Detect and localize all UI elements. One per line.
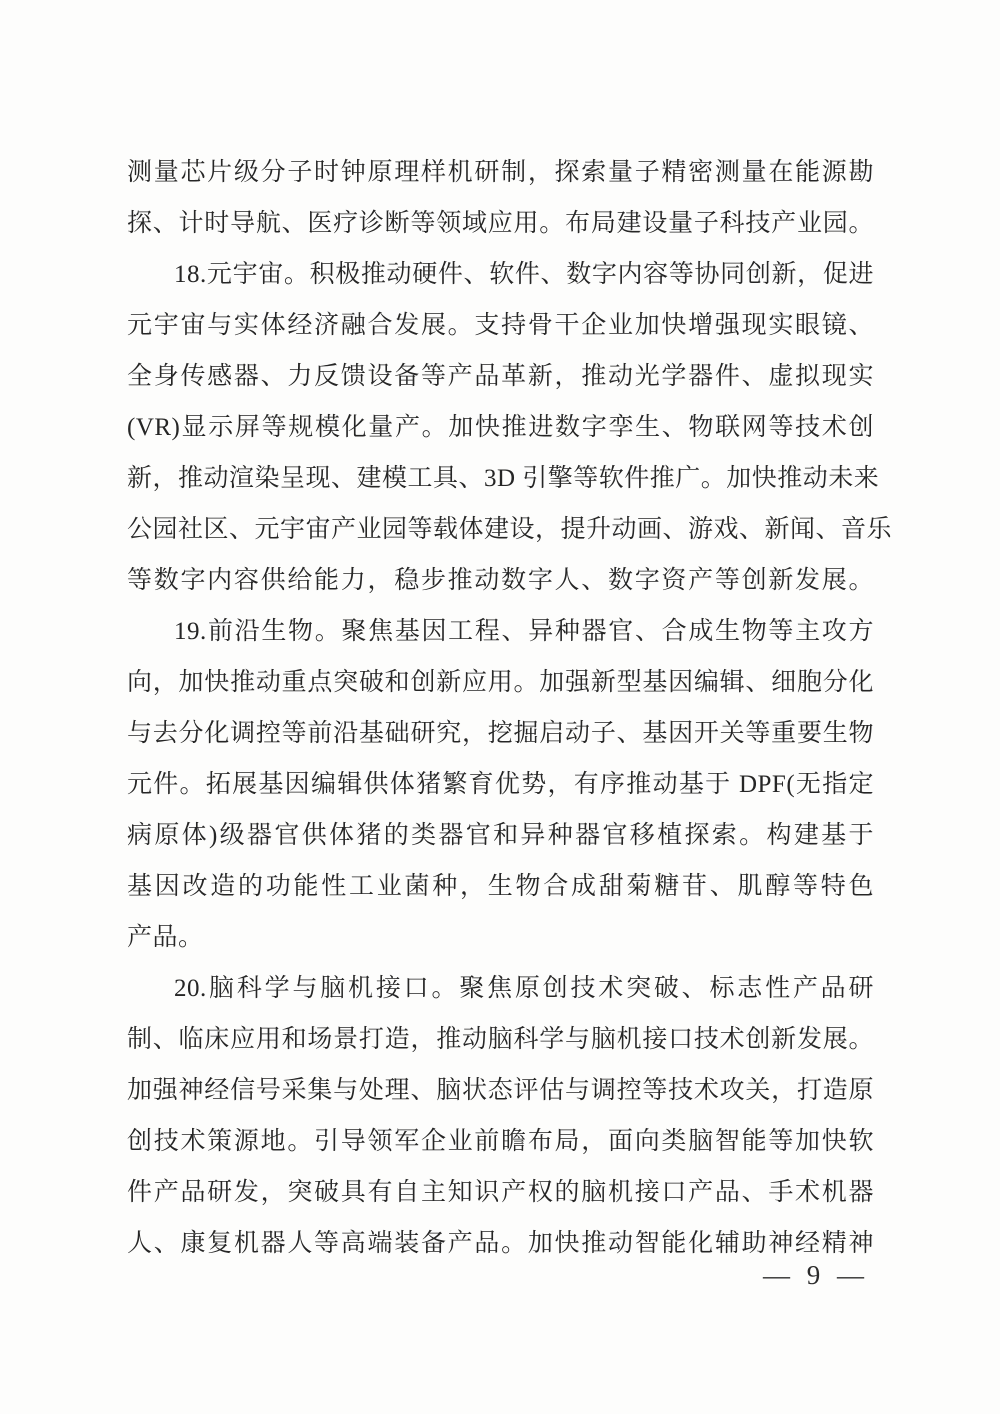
text-line: 元宇宙与实体经济融合发展。支持骨干企业加快增强现实眼镜、 [127, 300, 874, 351]
text-line: (VR)显示屏等规模化量产。加快推进数字孪生、物联网等技术创 [127, 402, 874, 453]
text-line: 新，推动渲染呈现、建模工具、3D 引擎等软件推广。加快推动未来 [127, 453, 874, 504]
text-line: 人、康复机器人等高端装备产品。加快推动智能化辅助神经精神 [127, 1218, 874, 1269]
paragraph-20-brain-science: 20.脑科学与脑机接口。聚焦原创技术突破、标志性产品研 制、临床应用和场景打造，… [127, 963, 874, 1269]
page-number: — 9 — [763, 1258, 864, 1292]
text-line: 创技术策源地。引导领军企业前瞻布局，面向类脑智能等加快软 [127, 1116, 874, 1167]
document-text-block: 测量芯片级分子时钟原理样机研制，探索量子精密测量在能源勘 探、计时导航、医疗诊断… [127, 147, 874, 1269]
text-line: 等数字内容供给能力，稳步推动数字人、数字资产等创新发展。 [127, 555, 874, 606]
text-line: 基因改造的功能性工业菌种，生物合成甜菊糖苷、肌醇等特色 [127, 861, 874, 912]
paragraph-18-metaverse: 18.元宇宙。积极推动硬件、软件、数字内容等协同创新，促进 元宇宙与实体经济融合… [127, 249, 874, 606]
text-line: 制、临床应用和场景打造，推动脑科学与脑机接口技术创新发展。 [127, 1014, 874, 1065]
document-page: 测量芯片级分子时钟原理样机研制，探索量子精密测量在能源勘 探、计时导航、医疗诊断… [0, 0, 1000, 1414]
text-line: 件产品研发，突破具有自主知识产权的脑机接口产品、手术机器 [127, 1167, 874, 1218]
text-line: 20.脑科学与脑机接口。聚焦原创技术突破、标志性产品研 [127, 963, 874, 1014]
text-line: 病原体)级器官供体猪的类器官和异种器官移植探索。构建基于 [127, 810, 874, 861]
text-line: 向，加快推动重点突破和创新应用。加强新型基因编辑、细胞分化 [127, 657, 874, 708]
text-line: 产品。 [127, 912, 874, 963]
continuation-paragraph-quantum: 测量芯片级分子时钟原理样机研制，探索量子精密测量在能源勘 探、计时导航、医疗诊断… [127, 147, 874, 249]
paragraph-19-frontier-biology: 19.前沿生物。聚焦基因工程、异种器官、合成生物等主攻方 向，加快推动重点突破和… [127, 606, 874, 963]
text-line: 18.元宇宙。积极推动硬件、软件、数字内容等协同创新，促进 [127, 249, 874, 300]
text-line: 探、计时导航、医疗诊断等领域应用。布局建设量子科技产业园。 [127, 198, 874, 249]
text-line: 公园社区、元宇宙产业园等载体建设，提升动画、游戏、新闻、音乐 [127, 504, 874, 555]
text-line: 加强神经信号采集与处理、脑状态评估与调控等技术攻关，打造原 [127, 1065, 874, 1116]
text-line: 测量芯片级分子时钟原理样机研制，探索量子精密测量在能源勘 [127, 147, 874, 198]
text-line: 元件。拓展基因编辑供体猪繁育优势，有序推动基于 DPF(无指定 [127, 759, 874, 810]
text-line: 全身传感器、力反馈设备等产品革新，推动光学器件、虚拟现实 [127, 351, 874, 402]
text-line: 19.前沿生物。聚焦基因工程、异种器官、合成生物等主攻方 [127, 606, 874, 657]
text-line: 与去分化调控等前沿基础研究，挖掘启动子、基因开关等重要生物 [127, 708, 874, 759]
